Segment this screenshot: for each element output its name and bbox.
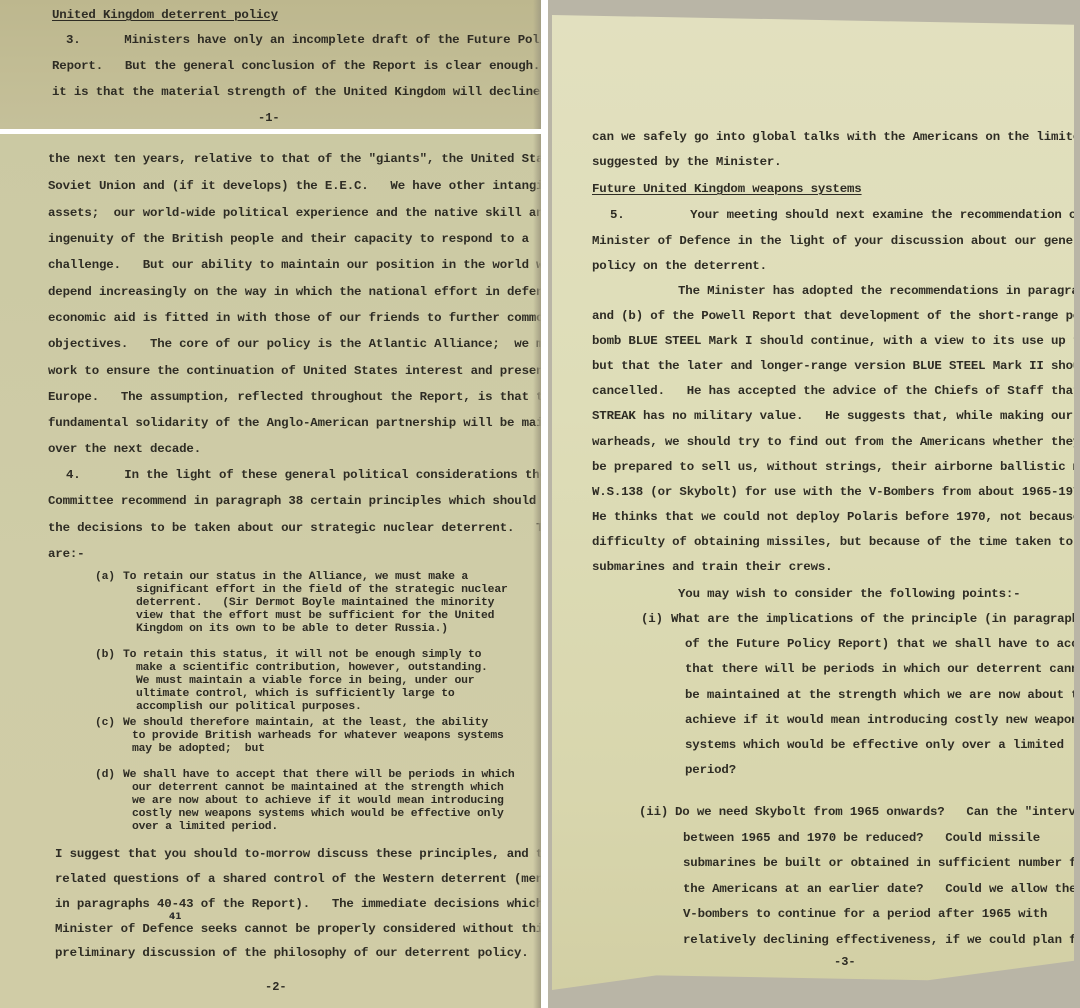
text-line: the next ten years, relative to that of …	[48, 152, 541, 166]
principle-line: significant effort in the field of the s…	[136, 585, 508, 596]
point-line: period?	[685, 763, 736, 777]
principle-line: We must maintain a viable force in being…	[136, 676, 474, 687]
text-line: assets; our world-wide political experie…	[48, 206, 541, 220]
point-line: V-bombers to continue for a period after…	[683, 907, 1047, 921]
text-line: are:-	[48, 547, 84, 561]
section-heading: United Kingdom deterrent policy	[52, 8, 278, 22]
text-line: The Minister has adopted the recommendat…	[678, 284, 1080, 298]
point-line: that there will be periods in which our …	[685, 662, 1080, 676]
point-line: be maintained at the strength which we a…	[685, 688, 1080, 702]
principle-line: To retain this status, it will not be en…	[123, 650, 481, 661]
point-label: (ii)	[639, 805, 668, 819]
page-1-fragment: United Kingdom deterrent policy 3. Minis…	[0, 0, 541, 129]
section-heading: Future United Kingdom weapons systems	[592, 182, 862, 196]
text-line: challenge. But our ability to maintain o…	[48, 258, 541, 272]
principle-line: view that the effort must be sufficient …	[136, 611, 494, 622]
text-line: You may wish to consider the following p…	[678, 587, 1020, 601]
text-line: be prepared to sell us, without strings,…	[592, 460, 1080, 474]
text-line: over the next decade.	[48, 442, 201, 456]
principle-line: deterrent. (Sir Dermot Boyle maintained …	[136, 598, 494, 609]
principle-line: accomplish our political purposes.	[136, 702, 362, 713]
text-line: Minister of Defence in the light of your…	[592, 234, 1080, 248]
text-line: warheads, we should try to find out from…	[592, 435, 1080, 449]
point-line: between 1965 and 1970 be reduced? Could …	[683, 831, 1040, 845]
point-label: (i)	[641, 612, 663, 626]
text-line: suggested by the Minister.	[592, 155, 781, 169]
text-line: 4. In the light of these general politic…	[66, 468, 541, 482]
text-line: 5. Your meeting should next examine the …	[610, 208, 1080, 222]
text-line: fundamental solidarity of the Anglo-Amer…	[48, 416, 541, 430]
principle-label: (b)	[95, 650, 115, 661]
text-line: the decisions to be taken about our stra…	[48, 521, 541, 535]
point-line: What are the implications of the princip…	[671, 612, 1080, 626]
text-line: cancelled. He has accepted the advice of…	[592, 384, 1080, 398]
principle-line: may be adopted; but	[132, 744, 265, 755]
point-line: achieve if it would mean introducing cos…	[685, 713, 1080, 727]
text-line: policy on the deterrent.	[592, 259, 767, 273]
text-line: ingenuity of the British people and thei…	[48, 232, 529, 246]
principle-line: Kingdom on its own to be able to deter R…	[136, 624, 448, 635]
principle-line: To retain our status in the Alliance, we…	[123, 572, 468, 583]
principle-line: costly new weapons systems which would b…	[132, 809, 504, 820]
point-line: systems which would be effective only ov…	[685, 738, 1064, 752]
text-line: objectives. The core of our policy is th…	[48, 337, 541, 351]
paper-sheet: can we safely go into global talks with …	[552, 15, 1074, 990]
text-line: it is that the material strength of the …	[52, 85, 541, 99]
point-line: relatively declining effectiveness, if w…	[683, 933, 1080, 947]
text-line: preliminary discussion of the philosophy…	[55, 946, 541, 960]
text-line: can we safely go into global talks with …	[592, 130, 1080, 144]
principle-line: We should therefore maintain, at the lea…	[123, 718, 488, 729]
text-line: economic aid is fitted in with those of …	[48, 311, 541, 325]
text-line: work to ensure the continuation of Unite…	[48, 364, 541, 378]
point-line: the Americans at an earlier date? Could …	[683, 882, 1076, 896]
point-line: submarines be built or obtained in suffi…	[683, 856, 1080, 870]
text-line: and (b) of the Powell Report that develo…	[592, 309, 1080, 323]
principle-line: make a scientific contribution, however,…	[136, 663, 488, 674]
text-line: but that the later and longer-range vers…	[592, 359, 1080, 373]
text-line: He thinks that we could not deploy Polar…	[592, 510, 1080, 524]
text-line: Committee recommend in paragraph 38 cert…	[48, 494, 541, 508]
page-number: -2-	[265, 980, 287, 994]
page-3: can we safely go into global talks with …	[548, 0, 1080, 1008]
page-number: -3-	[834, 955, 856, 969]
text-line: 3. Ministers have only an incomplete dra…	[66, 33, 541, 47]
text-line: in paragraphs 40-43 of the Report). The …	[55, 897, 541, 911]
text-line: depend increasingly on the way in which …	[48, 285, 541, 299]
text-line: Minister of Defence seeks cannot be prop…	[55, 922, 541, 936]
text-line: difficulty of obtaining missiles, but be…	[592, 535, 1080, 549]
text-line: STREAK has no military value. He suggest…	[592, 409, 1080, 423]
principle-label: (c)	[95, 718, 115, 729]
principle-line: to provide British warheads for whatever…	[132, 731, 504, 742]
text-line: submarines and train their crews.	[592, 560, 832, 574]
principle-line: we are now about to achieve if it would …	[132, 796, 504, 807]
point-line: of the Future Policy Report) that we sha…	[685, 637, 1080, 651]
point-line: Do we need Skybolt from 1965 onwards? Ca…	[675, 805, 1080, 819]
text-line: bomb BLUE STEEL Mark I should continue, …	[592, 334, 1080, 348]
text-line: I suggest that you should to-morrow disc…	[55, 847, 541, 861]
principle-line: our deterrent cannot be maintained at th…	[132, 783, 504, 794]
text-line: Report. But the general conclusion of th…	[52, 59, 541, 73]
principle-label: (d)	[95, 770, 115, 781]
text-line: related questions of a shared control of…	[55, 872, 541, 886]
principle-line: over a limited period.	[132, 822, 278, 833]
page-number: -1-	[258, 111, 280, 125]
principle-label: (a)	[95, 572, 115, 583]
handwritten-correction: 41	[169, 912, 182, 922]
principle-line: We shall have to accept that there will …	[123, 770, 515, 781]
text-line: Europe. The assumption, reflected throug…	[48, 390, 541, 404]
principle-line: ultimate control, which is sufficiently …	[136, 689, 455, 700]
text-line: Soviet Union and (if it develops) the E.…	[48, 179, 541, 193]
page-2: the next ten years, relative to that of …	[0, 134, 541, 1008]
text-line: W.S.138 (or Skybolt) for use with the V-…	[592, 485, 1080, 499]
